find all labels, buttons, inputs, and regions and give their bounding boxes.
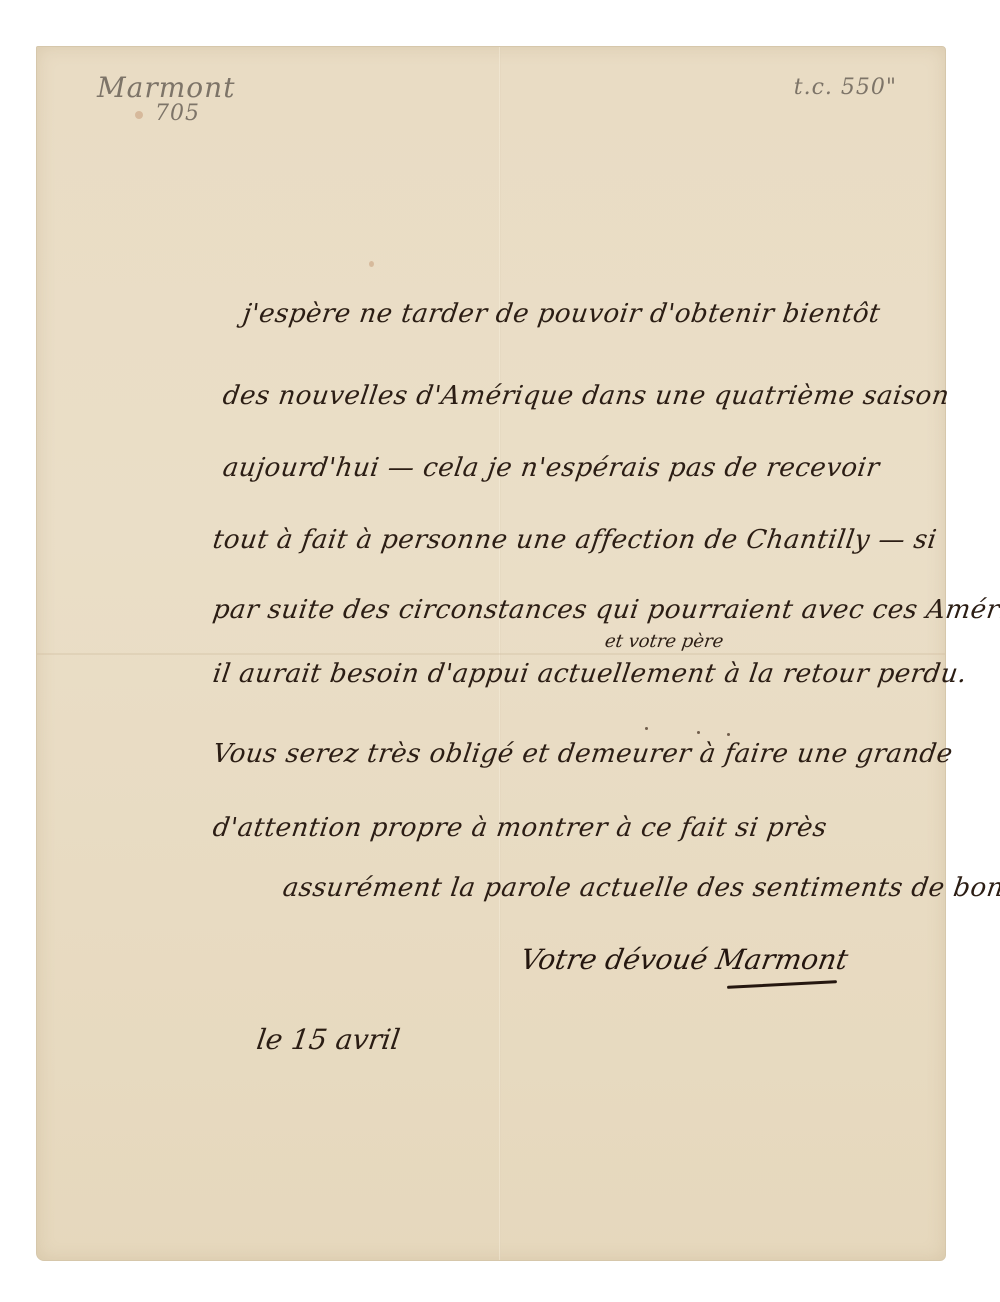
letter-line-2: des nouvelles d'Amérique dans une quatri… (221, 381, 951, 411)
pencil-archive-number: 705 (155, 101, 200, 126)
letter-line-4: tout à fait à personne une affection de … (211, 525, 939, 555)
letter-sheet: Marmont 705 t.c. 550" j'espère ne tarder… (36, 46, 946, 1261)
pencil-archive-name: Marmont (97, 71, 235, 104)
foxing-stain (135, 111, 143, 119)
horizontal-fold-crease (37, 653, 945, 655)
ink-spot (645, 727, 648, 730)
letter-line-1: j'espère ne tarder de pouvoir d'obtenir … (241, 299, 882, 329)
letter-line-6: il aurait besoin d'appui actuellement à … (211, 659, 969, 689)
signature: Votre dévoué Marmont (518, 943, 851, 976)
interlinear-insertion: et votre père (604, 631, 725, 652)
ink-spot (727, 733, 730, 736)
letter-line-9: assurément la parole actuelle des sentim… (281, 873, 1000, 903)
pencil-catalog-reference: t.c. 550" (794, 75, 897, 100)
foxing-stain (369, 261, 374, 267)
letter-date: le 15 avril (255, 1023, 402, 1056)
letter-line-8: d'attention propre à montrer à ce fait s… (211, 813, 829, 843)
scan-page: Marmont 705 t.c. 550" j'espère ne tarder… (0, 0, 1000, 1302)
ink-spot (697, 731, 700, 734)
signature-flourish (727, 980, 837, 989)
letter-line-3: aujourd'hui — cela je n'espérais pas de … (221, 453, 882, 483)
letter-line-5: par suite des circonstances qui pourraie… (211, 595, 1000, 625)
letter-line-7: Vous serez très obligé et demeurer à fai… (211, 739, 955, 769)
